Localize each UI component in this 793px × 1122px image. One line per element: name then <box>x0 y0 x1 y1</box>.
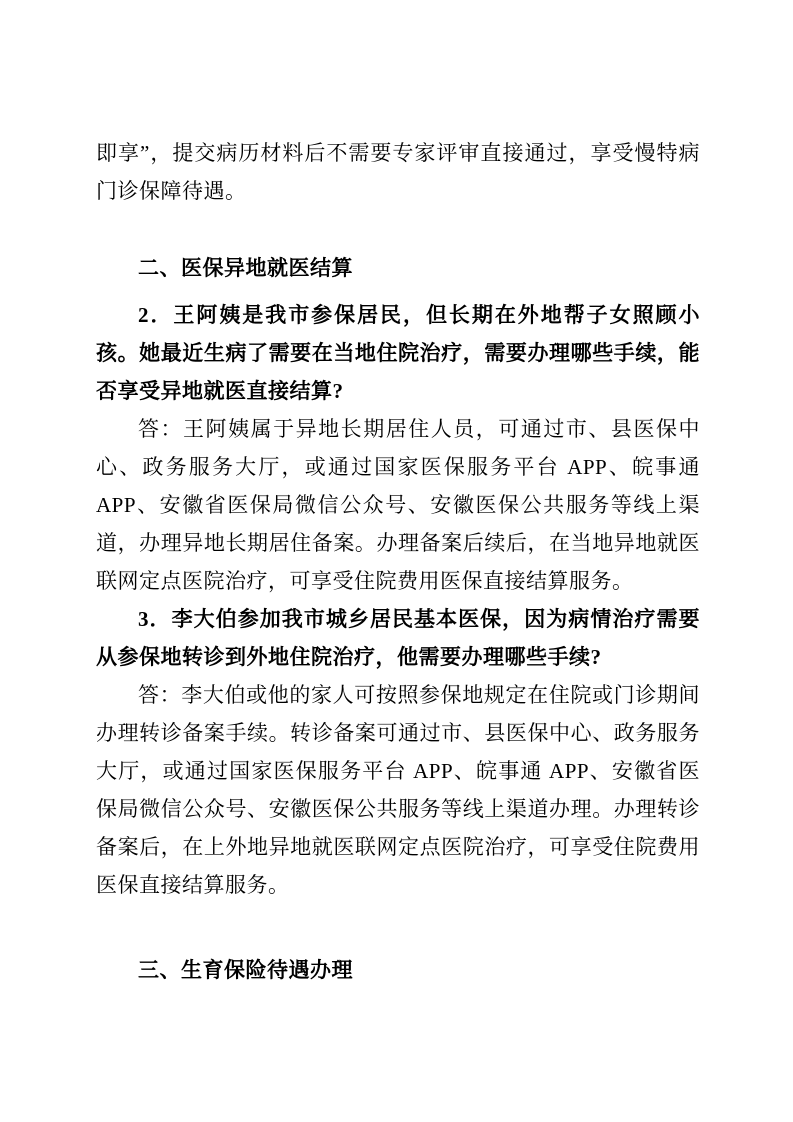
document-page: 即享”，提交病历材料后不需要专家评审直接通过，享受慢特病门诊保障待遇。 二、医保… <box>0 0 793 1122</box>
answer-3: 答：李大伯或他的家人可按照参保地规定在住院或门诊期间办理转诊备案手续。转诊备案可… <box>96 676 700 904</box>
question-2: 2．王阿姨是我市参保居民，但长期在外地帮子女照顾小孩。她最近生病了需要在当地住院… <box>96 296 700 410</box>
answer-2: 答：王阿姨属于异地长期居住人员，可通过市、县医保中心、政务服务大厅，或通过国家医… <box>96 410 700 600</box>
question-3: 3．李大伯参加我市城乡居民基本医保，因为病情治疗需要从参保地转诊到外地住院治疗，… <box>96 600 700 676</box>
intro-paragraph: 即享”，提交病历材料后不需要专家评审直接通过，享受慢特病门诊保障待遇。 <box>96 134 700 210</box>
document-content: 即享”，提交病历材料后不需要专家评审直接通过，享受慢特病门诊保障待遇。 二、医保… <box>96 134 700 990</box>
section-heading-remote-settlement: 二、医保异地就医结算 <box>96 250 700 288</box>
section-heading-maternity-insurance: 三、生育保险待遇办理 <box>96 952 700 990</box>
